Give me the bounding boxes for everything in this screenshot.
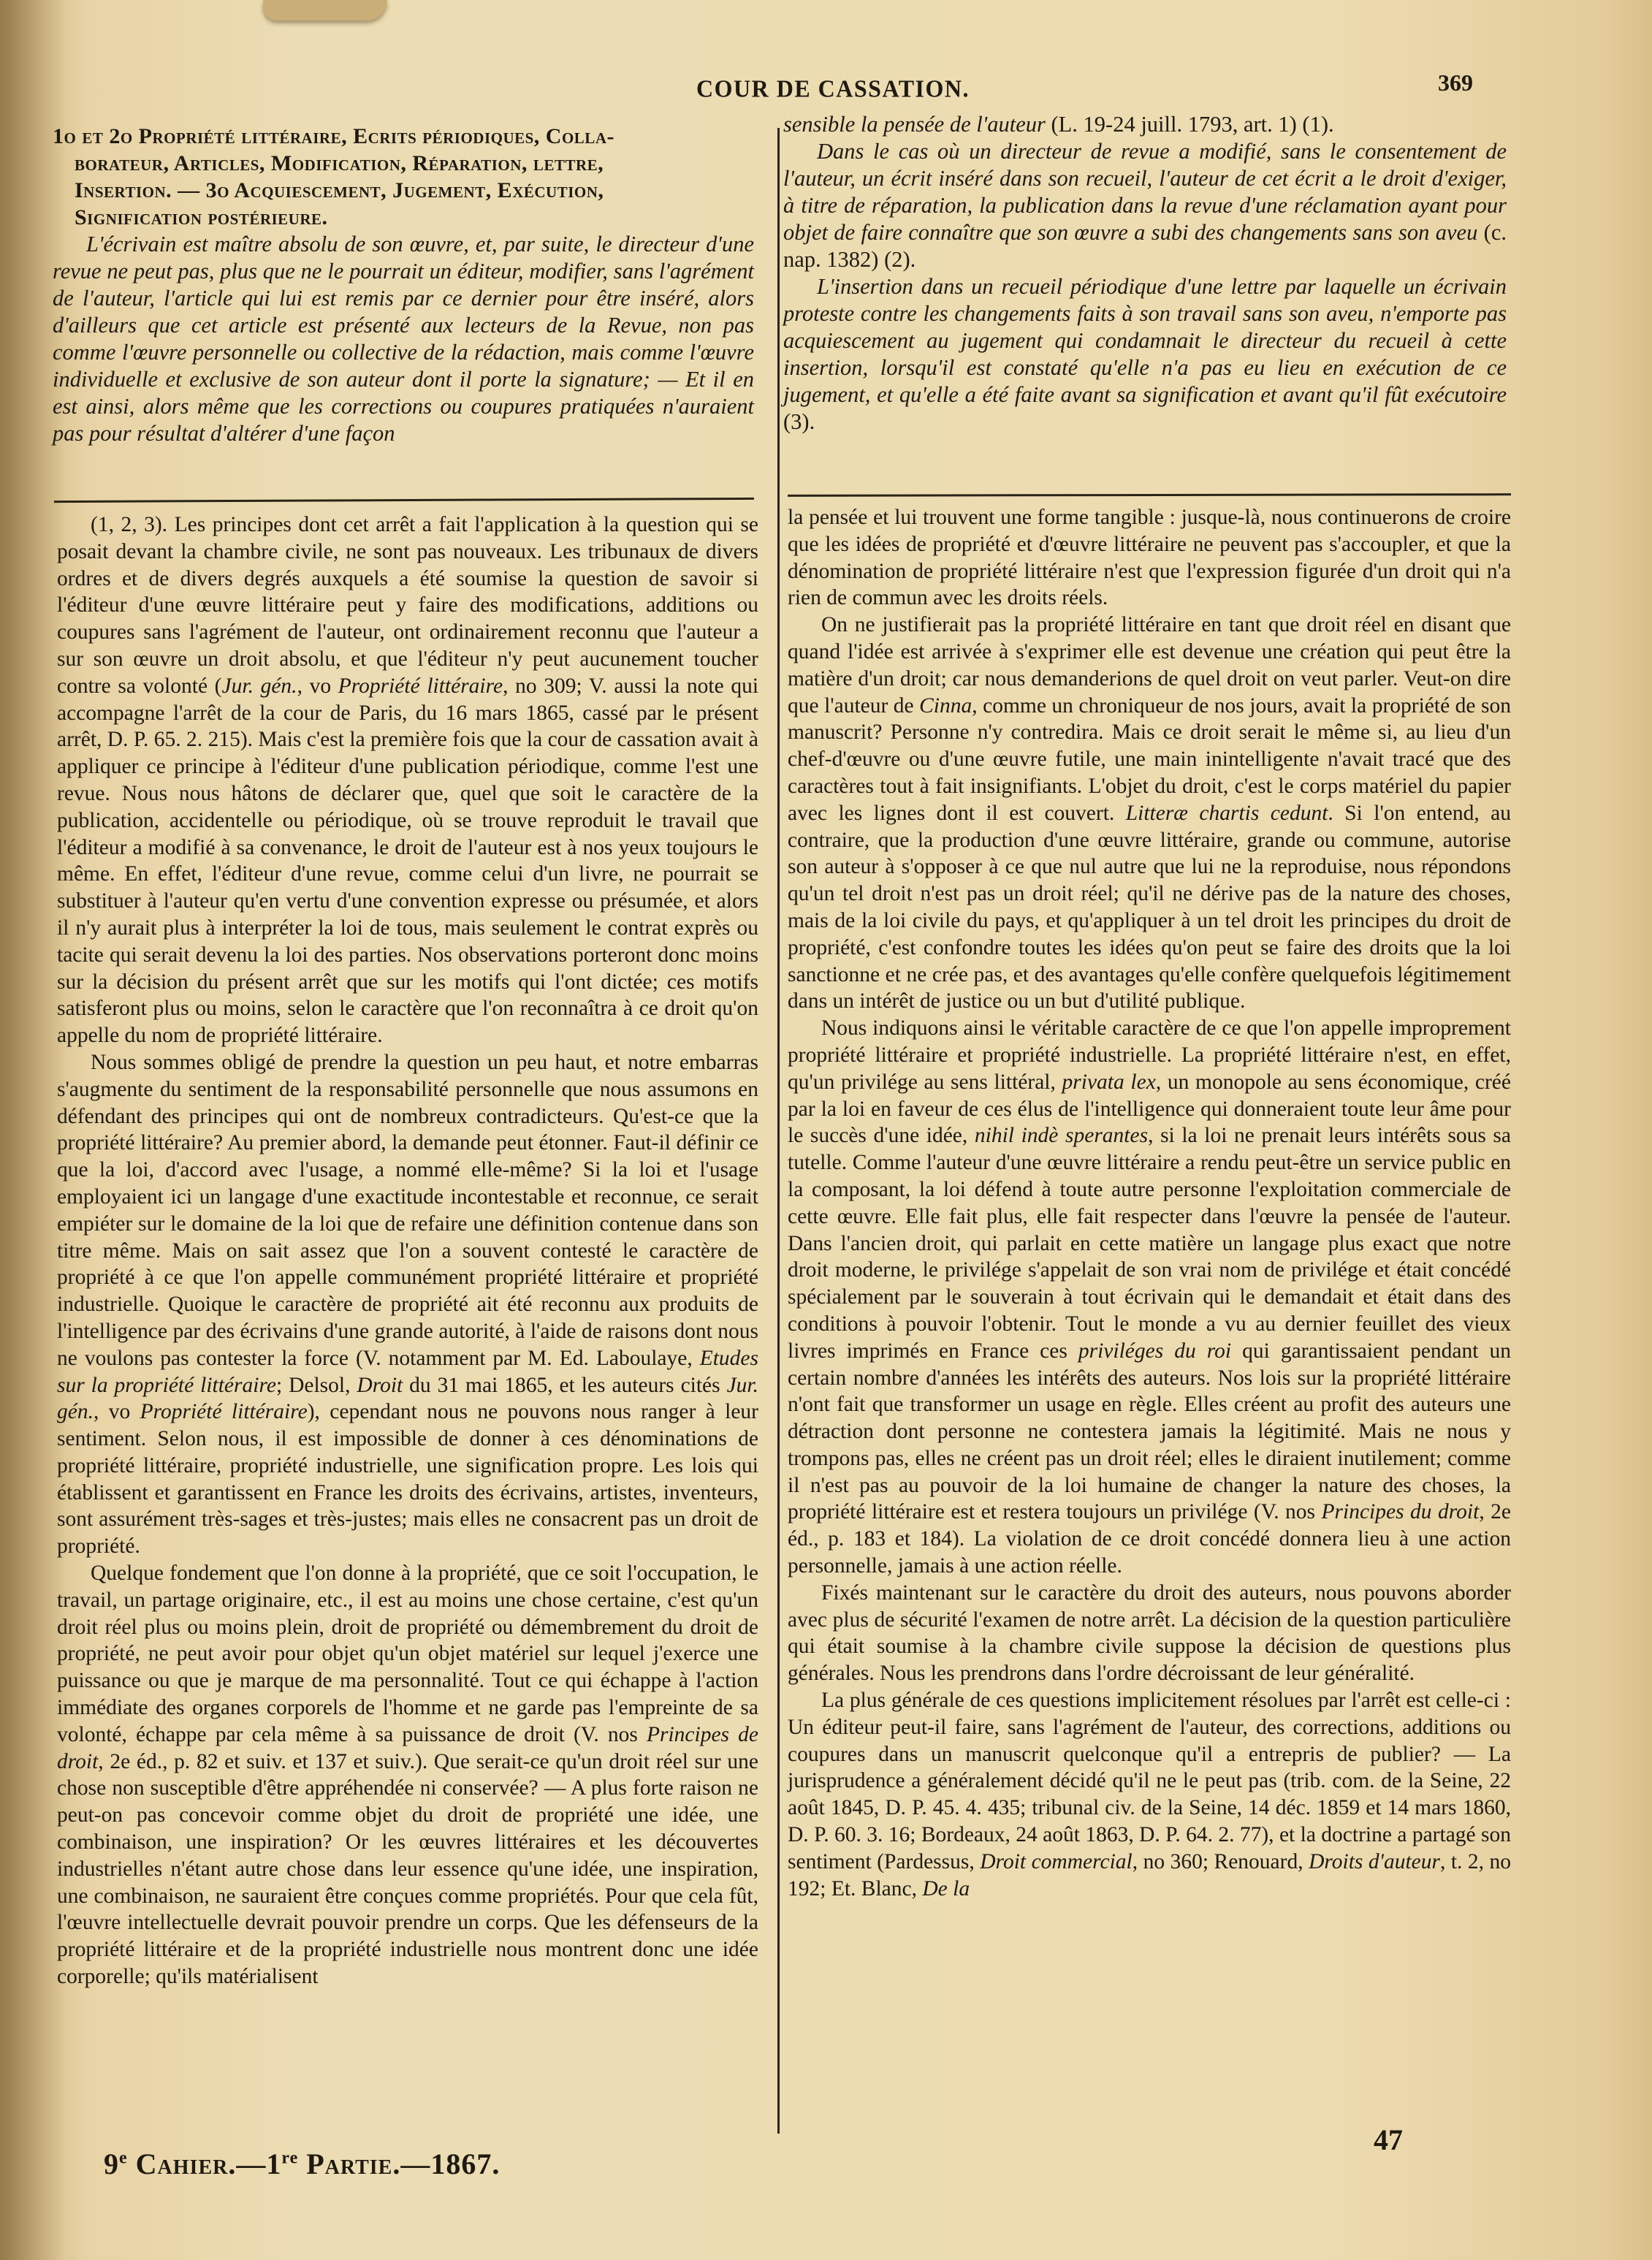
note-paragraph-continuation: la pensée et lui trouvent une forme tang… xyxy=(788,504,1511,612)
note-text: du 31 mai 1865, et les auteurs cités xyxy=(403,1374,726,1397)
note-text: Quelque fondement que l'on donne à la pr… xyxy=(57,1561,758,1746)
summary-italic-text: sensible la pensée de l'auteur xyxy=(783,112,1046,137)
summary-italic-text: Dans le cas où un directeur de revue a m… xyxy=(783,139,1507,245)
law-reference: (L. 19-24 juill. 1793, art. 1) (1). xyxy=(1046,112,1334,137)
note-paragraph-3: Quelque fondement que l'on donne à la pr… xyxy=(57,1560,758,1990)
right-column-notes: la pensée et lui trouvent une forme tang… xyxy=(788,504,1511,1902)
note-text: , no 309; V. aussi la note qui accompagn… xyxy=(57,674,758,1047)
note-text: ; Delsol, xyxy=(276,1374,357,1397)
partie-superscript: re xyxy=(281,2149,298,2168)
right-column-summary: sensible la pensée de l'auteur (L. 19-24… xyxy=(783,111,1507,435)
headnote: 1o et 2o Propriété littéraire, Ecrits pé… xyxy=(53,123,754,231)
headnote-line-2: borateur, Articles, Modification, Répara… xyxy=(53,150,754,177)
signature-number: 47 xyxy=(1374,2123,1403,2157)
note-text: , 2e éd., p. 82 et suiv. et 137 et suiv.… xyxy=(57,1750,758,1988)
note-text: , si la loi ne prenait leurs intérêts so… xyxy=(788,1124,1511,1362)
note-text: . Si l'on entend, au contraire, que la p… xyxy=(788,802,1511,1013)
note-text: , vo xyxy=(94,1400,140,1423)
citation-italic: priviléges du roi xyxy=(1078,1339,1231,1363)
headnote-line-4: Signification postérieure. xyxy=(53,204,754,231)
citation-italic: Droits d'auteur xyxy=(1309,1850,1440,1873)
citation-italic: Propriété littéraire xyxy=(140,1400,308,1423)
cahier-number: 9 xyxy=(104,2147,119,2180)
note-paragraph-4: On ne justifierait pas la propriété litt… xyxy=(788,612,1511,1015)
citation-italic: Propriété littéraire xyxy=(338,674,503,698)
note-reference: (3). xyxy=(783,409,815,434)
citation-italic: Droit xyxy=(357,1374,403,1397)
note-paragraph-7: La plus générale de ces questions implic… xyxy=(788,1687,1511,1902)
torn-paper-corner xyxy=(263,0,387,20)
dash: — xyxy=(236,2147,266,2180)
summary-paragraph-3: L'insertion dans un recueil périodique d… xyxy=(783,273,1507,435)
year: 1867. xyxy=(430,2147,500,2180)
note-text: La plus générale de ces questions implic… xyxy=(788,1689,1511,1873)
note-text: , vo xyxy=(297,674,338,698)
title-italic: Cinna xyxy=(919,694,972,718)
running-title: COUR DE CASSATION. xyxy=(643,75,1023,103)
note-paragraph-1: (1, 2, 3). Les principes dont cet arrêt … xyxy=(57,511,758,1049)
summary-continuation: sensible la pensée de l'auteur (L. 19-24… xyxy=(783,111,1507,138)
note-text: Nous sommes obligé de prendre la questio… xyxy=(57,1051,758,1370)
latin-italic: privata lex xyxy=(1062,1070,1156,1094)
dash: — xyxy=(400,2147,430,2180)
note-text: (1, 2, 3). Les principes dont cet arrêt … xyxy=(57,513,758,698)
summary-paragraph-2: Dans le cas où un directeur de revue a m… xyxy=(783,138,1507,273)
note-text: , no 360; Renouard, xyxy=(1133,1850,1309,1873)
partie-label: Partie. xyxy=(306,2147,400,2180)
partie-number: 1 xyxy=(266,2147,281,2180)
note-text: ), cependant nous ne pouvons nous ranger… xyxy=(57,1400,758,1558)
latin-maxim-italic: Litteræ chartis cedunt xyxy=(1126,802,1328,825)
citation-italic: De la xyxy=(922,1877,970,1901)
note-paragraph-5: Nous indiquons ainsi le véritable caract… xyxy=(788,1015,1511,1580)
latin-italic: nihil indè sperantes xyxy=(975,1124,1148,1147)
printer-signature: 9e Cahier.—1re Partie.—1867. xyxy=(104,2147,688,2181)
left-column-summary: 1o et 2o Propriété littéraire, Ecrits pé… xyxy=(53,123,754,447)
running-head: COUR DE CASSATION. 369 xyxy=(0,69,1652,99)
page-number: 369 xyxy=(1438,69,1473,96)
headnote-line-1: 1o et 2o Propriété littéraire, Ecrits pé… xyxy=(53,124,614,148)
cahier-superscript: e xyxy=(119,2149,128,2168)
citation-italic: Jur. gén. xyxy=(222,674,297,698)
column-divider xyxy=(777,128,780,2134)
cahier-label: Cahier. xyxy=(136,2147,237,2180)
summary-paragraph-1: L'écrivain est maître absolu de son œuvr… xyxy=(53,231,754,447)
note-text: qui garantissaient pendant un certain no… xyxy=(788,1339,1511,1524)
citation-italic: Droit commercial xyxy=(980,1850,1133,1873)
note-paragraph-2: Nous sommes obligé de prendre la questio… xyxy=(57,1049,758,1560)
headnote-line-3: Insertion. — 3o Acquiescement, Jugement,… xyxy=(53,177,754,204)
summary-italic-text: L'insertion dans un recueil périodique d… xyxy=(783,274,1507,407)
left-column-notes: (1, 2, 3). Les principes dont cet arrêt … xyxy=(57,511,758,1990)
citation-italic: Principes du droit xyxy=(1322,1500,1480,1523)
note-paragraph-6: Fixés maintenant sur le caractère du dro… xyxy=(788,1580,1511,1687)
